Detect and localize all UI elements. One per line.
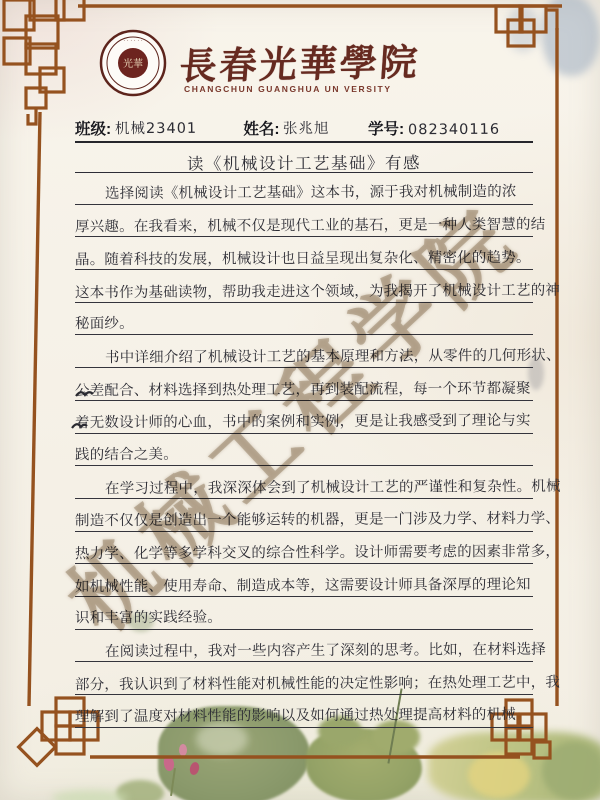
essay-line: 晶。随着科技的发展，机械设计也日益呈现出复杂化、精密化的趋势。 — [75, 237, 533, 270]
essay-line: 公差配合、材料选择到热处理工艺，再到装配流程，每一个环节都凝聚 — [75, 368, 533, 401]
watercolor-foliage-bottom-left — [52, 790, 128, 800]
flower-bud-stem — [170, 768, 175, 796]
essay-line: 书中详细介绍了机械设计工艺的基本原理和方法，从零件的几何形状、 — [75, 335, 533, 368]
essay-line: 秘面纱。 — [75, 303, 533, 336]
class-label: 班级: — [75, 117, 111, 141]
essay-line-text: 制造不仅仅是创造出一个能够运转的机器，更是一门涉及力学、材料力学、 — [75, 512, 560, 532]
essay-line-text: 厚兴趣。在我看来，机械不仅是现代工业的基石，更是一种人类智慧的结 — [75, 218, 545, 238]
corner-knot-top-right — [496, 6, 557, 46]
pink-flower-bud — [189, 761, 201, 776]
essay-line-text: 践的结合之美。 — [75, 448, 178, 466]
essay-line-text: 秘面纱。 — [75, 317, 134, 335]
seal-ring-text: · · · · · · — [123, 38, 142, 44]
essay-line-text: 热力学、化学等多学科交叉的综合性科学。设计师需要考虑的因素非常多， — [75, 545, 560, 565]
student-id-label: 学号: — [368, 117, 404, 141]
essay-line-text: 部分，我认识到了材料性能对机械性能的决定性影响；在热处理工艺中，我 — [75, 676, 560, 696]
class-value: 机械23401 — [111, 117, 201, 141]
school-seal-logo: 光華 · · · · · · — [98, 28, 168, 98]
essay-line-text: 在阅读过程中，我对一些内容产生了深刻的思考。比如，在材料选择 — [75, 643, 546, 663]
name-value: 张兆旭 — [279, 117, 334, 141]
student-id-value: 082340116 — [404, 122, 504, 142]
essay-body: 选择阅读《机械设计工艺基础》这本书，源于我对机械制造的浓厚兴趣。在我看来，机械不… — [75, 172, 533, 728]
seal-center-text: 光華 — [123, 57, 143, 70]
essay-line: 如机械性能、使用寿命、制造成本等，这需要设计师具备深厚的理论知 — [75, 564, 533, 597]
essay-line-text: 如机械性能、使用寿命、制造成本等，这需要设计师具备深厚的理论知 — [75, 578, 531, 598]
essay-line: 理解到了温度对材料性能的影响以及如何通过热处理提高材料的机械 — [75, 695, 533, 728]
essay-line-text: 这本书作为基础读物，帮助我走进这个领域，为我揭开了机械设计工艺的神 — [75, 283, 560, 303]
essay-line-text: 选择阅读《机械设计工艺基础》这本书，源于我对机械制造的浓 — [75, 185, 517, 205]
pink-flower-bud — [179, 744, 187, 756]
watercolor-leaf-left — [116, 780, 164, 800]
watercolor-blue-wash — [542, 0, 600, 76]
essay-line-text: 晶。随着科技的发展，机械设计也日益呈现出复杂化、精密化的趋势。 — [75, 251, 531, 271]
essay-line: 厚兴趣。在我看来，机械不仅是现代工业的基石，更是一种人类智慧的结 — [75, 205, 533, 238]
watercolor-blue-wash-small — [506, 6, 540, 52]
student-info-row: 班级: 机械23401 姓名: 张兆旭 学号: 082340116 — [75, 110, 533, 143]
essay-line: 践的结合之美。 — [75, 434, 533, 467]
essay-line: 这本书作为基础读物，帮助我走进这个领域，为我揭开了机械设计工艺的神 — [75, 270, 533, 303]
essay-line-text: 理解到了温度对材料性能的影响以及如何通过热处理提高材料的机械 — [75, 708, 516, 728]
essay-line-text: 书中详细介绍了机械设计工艺的基本原理和方法，从零件的几何形状、 — [75, 349, 561, 369]
school-name-english: CHANGCHUN GUANGHUA UN VERSITY — [184, 84, 392, 94]
essay-title-row: 读《机械设计工艺基础》有感 — [75, 142, 533, 173]
essay-line: 部分，我认识到了材料性能对机械性能的决定性影响；在热处理工艺中，我 — [75, 662, 533, 695]
corner-knot-top-left — [4, 0, 84, 124]
essay-line: 着无数设计师的心血，书中的案例和实例，更是让我感受到了理论与实 — [75, 401, 533, 434]
essay-line: 热力学、化学等多学科交叉的综合性科学。设计师需要考虑的因素非常多， — [75, 532, 533, 565]
essay-line-text: 公差配合、材料选择到热处理工艺，再到装配流程，每一个环节都凝聚 — [75, 381, 531, 401]
essay-line: 在学习过程中，我深深体会到了机械设计工艺的严谨性和复杂性。机械 — [75, 466, 533, 499]
essay-line-text: 在学习过程中，我深深体会到了机械设计工艺的严谨性和复杂性。机械 — [75, 479, 561, 499]
essay-line: 识和丰富的实践经验。 — [75, 597, 533, 630]
essay-line: 制造不仅仅是创造出一个能够运转的机器，更是一门涉及力学、材料力学、 — [75, 499, 533, 532]
essay-line: 在阅读过程中，我对一些内容产生了深刻的思考。比如，在材料选择 — [75, 630, 533, 663]
pink-flower-bud — [163, 755, 176, 772]
handwritten-essay-page: 光華 · · · · · · 長春光華學院 CHANGCHUN GUANGHUA… — [0, 0, 600, 800]
watercolor-foliage-olive — [542, 742, 600, 800]
watercolor-foliage-right — [428, 732, 600, 800]
school-name-chinese: 長春光華學院 — [178, 32, 422, 90]
essay-line: 选择阅读《机械设计工艺基础》这本书，源于我对机械制造的浓 — [75, 172, 533, 205]
name-label: 姓名: — [243, 117, 279, 141]
watercolor-tree — [306, 728, 422, 800]
watercolor-foliage-yellow — [468, 752, 530, 798]
essay-line-text: 着无数设计师的心血，书中的案例和实例，更是让我感受到了理论与实 — [75, 414, 531, 434]
essay-line-text: 识和丰富的实践经验。 — [75, 611, 222, 629]
